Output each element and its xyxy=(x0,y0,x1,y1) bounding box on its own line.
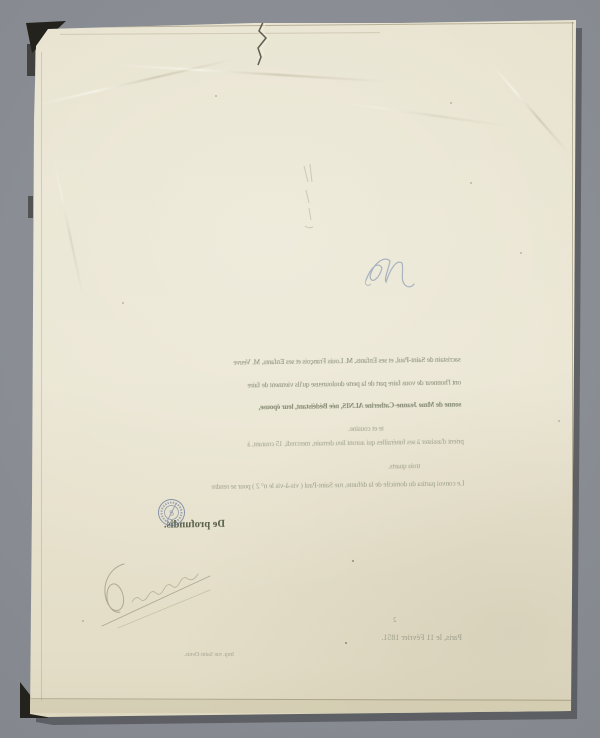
foxing-speck xyxy=(352,560,354,562)
bleed-text-line: sacristain de Saint-Paul, et ses Enfants… xyxy=(165,355,461,367)
printer-imprint-line: Imp. rue Saint-Denis. xyxy=(152,652,234,658)
bleed-text-line: sonne de Mme Jeanne-Catherine ALNIS, née… xyxy=(165,400,461,412)
circular-stamp: 8 xyxy=(156,497,187,528)
crease-line xyxy=(51,151,84,298)
page-number-mark: 2 xyxy=(393,616,397,624)
crease-line xyxy=(491,64,570,154)
paper-sheet: sacristain de Saint-Paul, et ses Enfants… xyxy=(0,0,600,738)
foxing-speck xyxy=(215,95,217,97)
crease-line xyxy=(330,100,509,127)
paper-top-edge xyxy=(40,22,574,28)
scanned-document-photo: sacristain de Saint-Paul, et ses Enfants… xyxy=(0,0,600,738)
left-edge-chip xyxy=(28,196,33,218)
handwritten-signature xyxy=(90,554,222,638)
under-sheet-left-edge xyxy=(41,52,42,702)
handwritten-monogram xyxy=(358,240,420,298)
foxing-speck xyxy=(558,420,560,422)
paper-tear xyxy=(246,16,282,68)
foxing-speck xyxy=(345,642,347,644)
bottom-sheet-layer xyxy=(30,700,571,713)
bleed-text-line: Le convoi partira du domicile de la défu… xyxy=(94,479,464,492)
under-sheet-edge xyxy=(60,32,380,35)
bleed-text-line: ont l'honneur de vous faire part de la p… xyxy=(165,378,461,390)
bleed-through-text-block: sacristain de Saint-Paul, et ses Enfants… xyxy=(89,347,472,552)
foxing-speck xyxy=(122,302,124,304)
foxing-speck xyxy=(450,102,452,104)
date-line: Paris, le 11 Février 1851. xyxy=(348,633,462,642)
foxing-speck xyxy=(470,182,472,184)
left-edge-chip xyxy=(27,44,35,76)
foxing-speck xyxy=(82,620,84,622)
bleed-text-line: trois quarts. xyxy=(378,462,420,471)
pencil-marks xyxy=(292,160,324,246)
bleed-text-line: te et cousine. xyxy=(326,425,384,434)
foxing-speck xyxy=(520,252,522,254)
bleed-text-line: prient d'assister à ses funérailles qui … xyxy=(172,437,464,449)
